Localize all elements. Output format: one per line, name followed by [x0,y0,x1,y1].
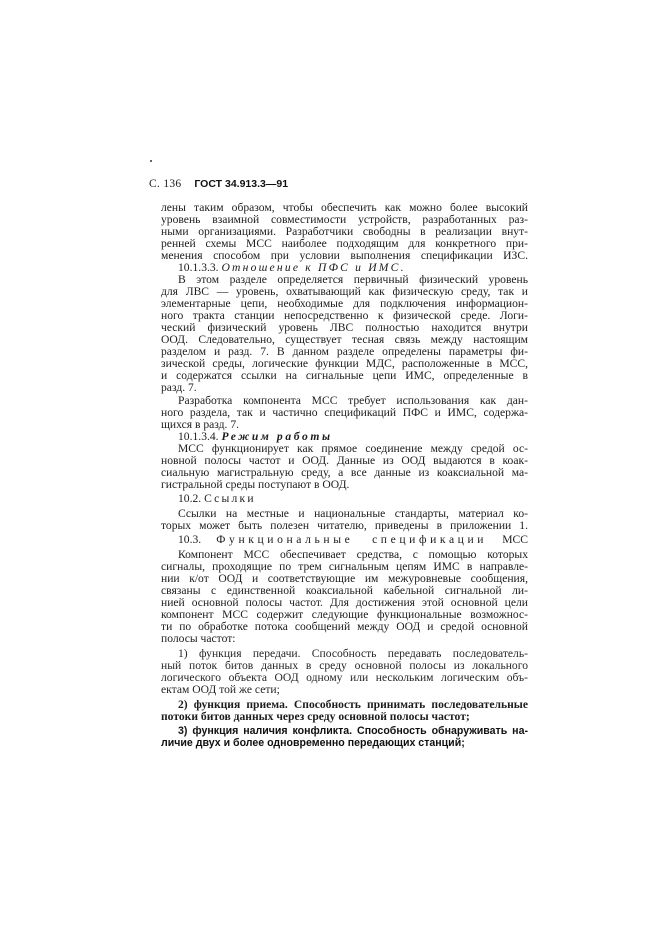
section-heading-10-2: 10.2. Ссылки [178,492,528,505]
text-line: гистральной среды поступают в ООД. [161,478,528,491]
section-number: 10.3. [178,533,201,546]
section-title: Функциональные спецификации [216,533,487,546]
section-number: 10.2. [178,492,201,505]
page-number: С. 136 [149,178,181,190]
section-heading-10-3: 10.3. Функциональные спецификации МСС [178,533,528,546]
section-title-suffix: МСС [502,533,528,546]
text-line: торых может быть полезен читателю, приве… [161,519,528,532]
list-item-1-line: ектам ООД той же сети; [161,683,528,696]
text-line: разд. 7. [161,381,528,394]
scan-speck [150,160,152,162]
standard-designation: ГОСТ 34.913.3—91 [194,178,288,190]
text-line: полосы частот: [161,632,528,645]
list-item-3-line: личие двух и более одновременно передающ… [161,737,528,750]
page-header: С. 136 ГОСТ 34.913.3—91 [149,178,288,190]
section-title: Ссылки [204,492,256,505]
document-page: С. 136 ГОСТ 34.913.3—91 лены таким образ… [0,0,661,935]
list-item-2-line: потоки битов данных через среду основной… [161,710,528,723]
